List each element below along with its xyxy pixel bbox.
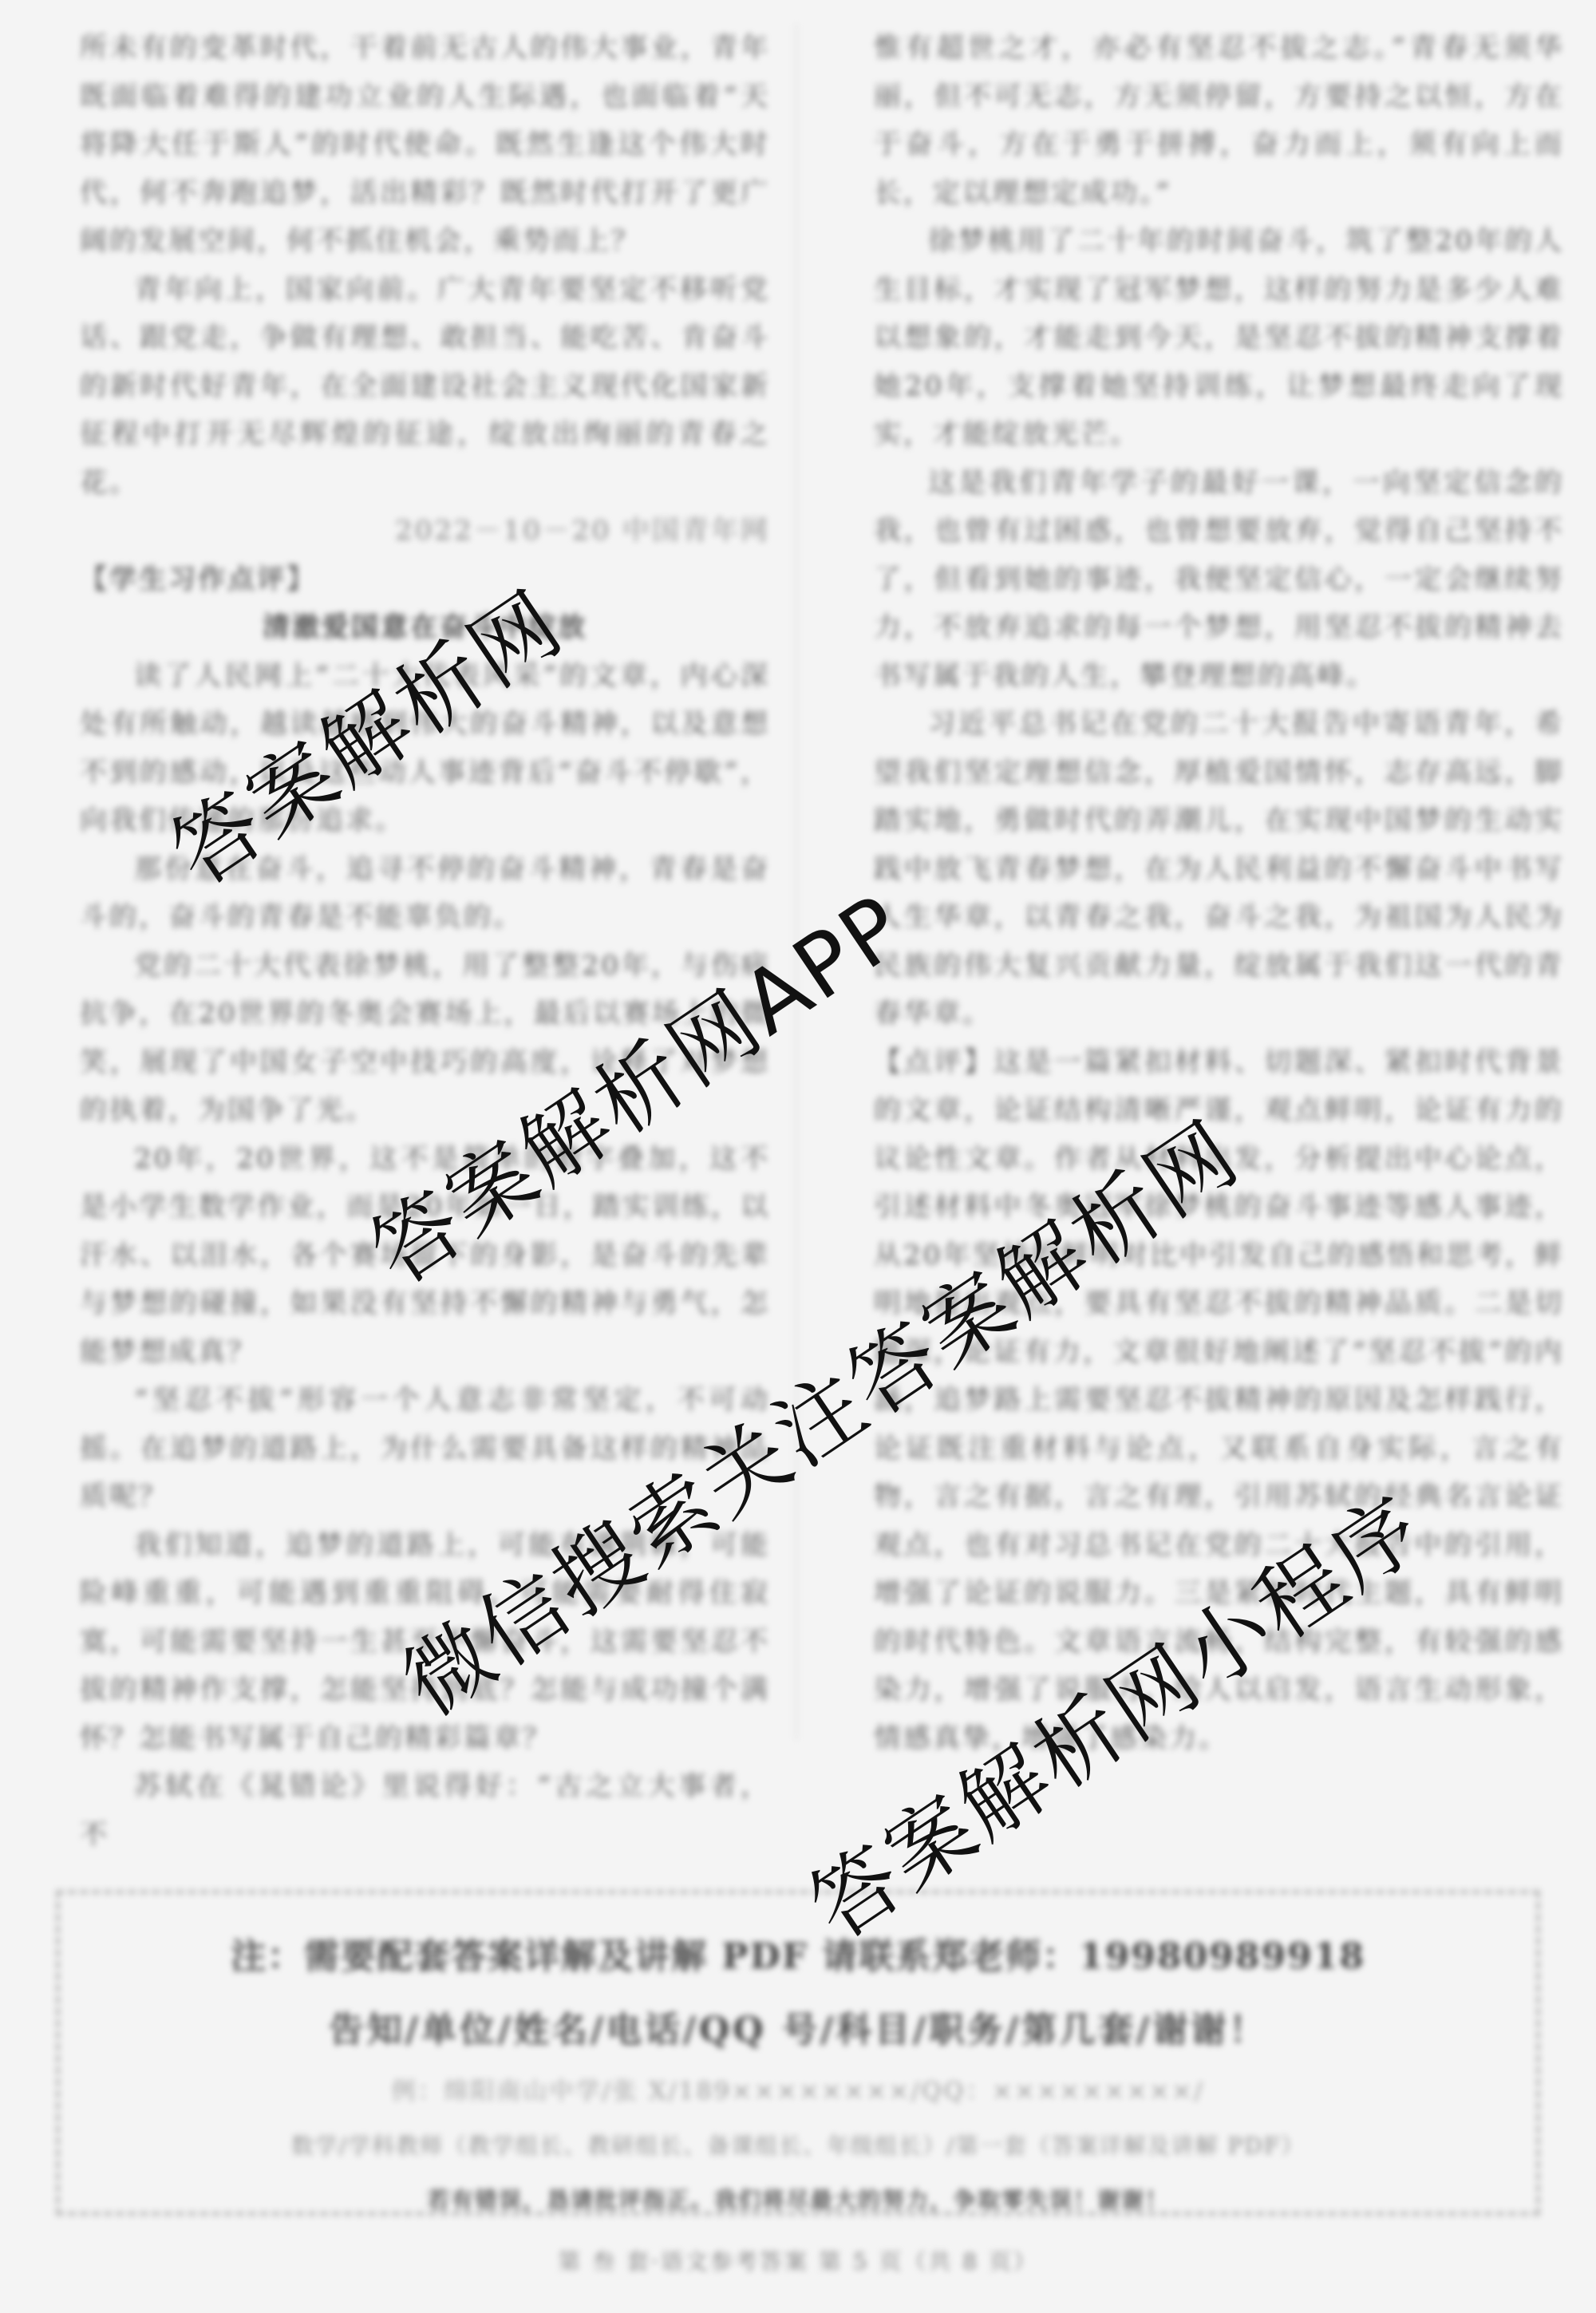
notice-line-example-2: 数学/学科教师（教学组长、教研组长、备课组长、年级组长）/第一套（答案详解及讲解…: [60, 2129, 1536, 2161]
paragraph: 苏轼在《晁错论》里说得好：“古之立大事者，不: [80, 1762, 770, 1859]
paragraph: 习近平总书记在党的二十大报告中寄语青年，希望我们坚定理想信念，厚植爱国情怀，志存…: [874, 700, 1564, 1038]
paragraph: 青年向上，国家向前。广大青年要坚定不移听党话、跟党走，争做有理想、敢担当、能吃苦…: [80, 266, 770, 508]
notice-line-contact: 注：需要配套答案详解及讲解 PDF 请联系郑老师：19980989918: [60, 1927, 1536, 1979]
notice-line-info: 告知/单位/姓名/电话/QQ 号/科目/职务/第几套/谢谢！: [60, 2001, 1536, 2052]
notice-line-thanks: 若有错误，恳请批评指正。我们将尽最大的努力，争取零失误！谢谢！: [60, 2183, 1536, 2215]
right-column: 惟有超世之才，亦必有坚忍不拔之志。”青春无须华丽，但不可无志，方无须停留，方要持…: [874, 24, 1564, 1762]
paragraph: 惟有超世之才，亦必有坚忍不拔之志。”青春无须华丽，但不可无志，方无须停留，方要持…: [874, 24, 1564, 217]
notice-line-example: 例：绵阳南山中学/张 X/189××××××××/QQ：×××××××××/: [60, 2071, 1536, 2106]
section-tag: 【学生习作点评】: [80, 556, 770, 604]
notice-box: 注：需要配套答案详解及讲解 PDF 请联系郑老师：19980989918 告知/…: [56, 1890, 1540, 2216]
paragraph: 这是我们青年学子的最好一课，一向坚定信念的我，也曾有过困惑，也曾想要放弃，觉得自…: [874, 459, 1564, 701]
paragraph: 所未有的变革时代，干着前无古人的伟大事业，青年既面临着难得的建功立业的人生际遇，…: [80, 24, 770, 266]
page-footer: 第 叁 套·语文参考答案 第 5 页（共 8 页）: [0, 2244, 1596, 2276]
document-page: 所未有的变革时代，干着前无古人的伟大事业，青年既面临着难得的建功立业的人生际遇，…: [0, 0, 1596, 2313]
source-signature: 2022－10－20 中国青年网: [80, 507, 770, 556]
paragraph: 徐梦桃用了二十年的时间奋斗，筑了整20年的人生目标，才实现了冠军梦想，这样的努力…: [874, 217, 1564, 459]
